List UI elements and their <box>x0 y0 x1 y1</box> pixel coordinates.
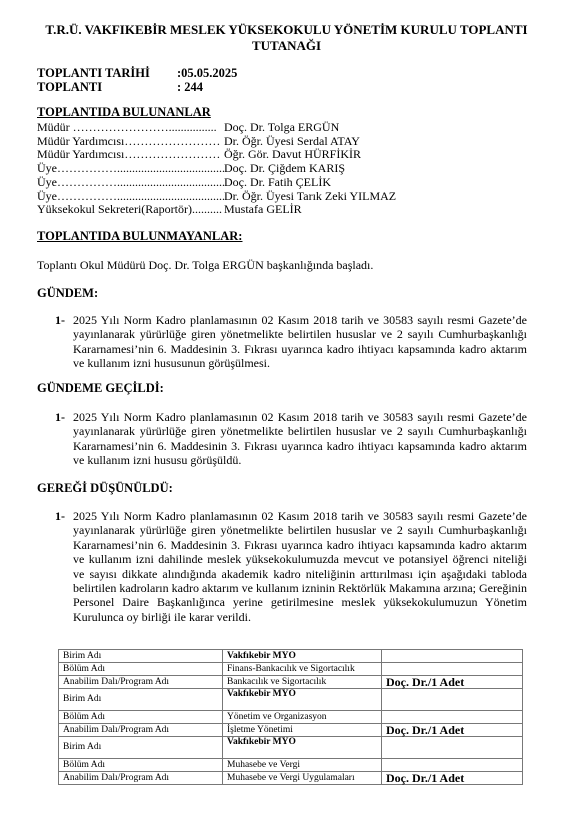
table-row: Anabilim Dalı/Program AdıMuhasebe ve Ver… <box>59 772 523 785</box>
attendee-role: Üye……………................................… <box>37 190 224 204</box>
row-position-cell <box>382 711 523 724</box>
agenda-item: 1- 2025 Yılı Norm Kadro planlamasının 02… <box>55 313 527 371</box>
table-row: Bölüm AdıMuhasebe ve Vergi <box>59 759 523 772</box>
table-row: Bölüm AdıFinans-Bankacılık ve Sigortacıl… <box>59 663 523 676</box>
row-position-cell <box>382 650 523 663</box>
row-label-cell: Bölüm Adı <box>59 711 223 724</box>
row-label-cell: Birim Adı <box>59 737 223 759</box>
decision-heading: GEREĞİ DÜŞÜNÜLDÜ: <box>37 481 173 496</box>
agenda-heading: GÜNDEM: <box>37 286 98 301</box>
attendee-name: Dr. Öğr. Üyesi Tarık Zeki YILMAZ <box>224 190 396 204</box>
row-value-cell: İşletme Yönetimi <box>223 724 382 737</box>
document-title: T.R.Ü. VAKFIKEBİR MESLEK YÜKSEKOKULU YÖN… <box>20 22 553 54</box>
attendee-row: Müdür ……………………................Doç. Dr. T… <box>37 121 396 135</box>
row-value-cell: Bankacılık ve Sigortacılık <box>223 676 382 689</box>
table-row: Anabilim Dalı/Program AdıBankacılık ve S… <box>59 676 523 689</box>
attendee-row: Yüksekokul Sekreteri(Raportör)..........… <box>37 203 396 217</box>
absent-heading: TOPLANTIDA BULUNMAYANLAR: <box>37 229 242 244</box>
attendees-list: Müdür ……………………................Doç. Dr. T… <box>37 121 396 217</box>
attendee-role: Müdür ……………………................ <box>37 121 224 135</box>
attendee-name: Doç. Dr. Fatih ÇELİK <box>224 176 331 190</box>
table-row: Anabilim Dalı/Program Adıİşletme Yönetim… <box>59 724 523 737</box>
decision-item: 1- 2025 Yılı Norm Kadro planlamasının 02… <box>55 509 527 624</box>
row-value-cell: Muhasebe ve Vergi Uygulamaları <box>223 772 382 785</box>
row-label-cell: Anabilim Dalı/Program Adı <box>59 772 223 785</box>
meeting-number-row: TOPLANTI : 244 <box>37 80 237 94</box>
row-value-cell: Finans-Bankacılık ve Sigortacılık <box>223 663 382 676</box>
table-row: Bölüm AdıYönetim ve Organizasyon <box>59 711 523 724</box>
staff-transfer-table: Birim AdıVakfıkebir MYOBölüm AdıFinans-B… <box>58 649 523 785</box>
row-label-cell: Anabilim Dalı/Program Adı <box>59 724 223 737</box>
row-label-cell: Bölüm Adı <box>59 759 223 772</box>
row-label-cell: Birim Adı <box>59 650 223 663</box>
attendee-role: Üye……………................................… <box>37 162 224 176</box>
attendee-role: Müdür Yardımcısı…………………… <box>37 148 224 162</box>
attendee-name: Doç. Dr. Çiğdem KARIŞ <box>224 162 345 176</box>
row-position-cell <box>382 737 523 759</box>
attendee-role: Üye……………................................… <box>37 176 224 190</box>
attendee-role: Yüksekokul Sekreteri(Raportör).......... <box>37 203 224 217</box>
attendee-name: Dr. Öğr. Üyesi Serdal ATAY <box>224 135 360 149</box>
attendee-row: Müdür Yardımcısı……………………Dr. Öğr. Üyesi S… <box>37 135 396 149</box>
opening-statement: Toplantı Okul Müdürü Doç. Dr. Tolga ERGÜ… <box>37 258 373 273</box>
agenda-passed-heading: GÜNDEME GEÇİLDİ: <box>37 381 164 396</box>
attendee-row: Üye……………................................… <box>37 176 396 190</box>
attendee-role: Müdür Yardımcısı…………………… <box>37 135 224 149</box>
attendees-heading: TOPLANTIDA BULUNANLAR <box>37 105 211 120</box>
attendee-row: Üye……………................................… <box>37 190 396 204</box>
row-value-cell: Vakfıkebir MYO <box>223 650 382 663</box>
meeting-date-value: :05.05.2025 <box>177 66 237 80</box>
agenda-item-text: 2025 Yılı Norm Kadro planlamasının 02 Ka… <box>73 313 527 371</box>
table-row: Birim AdıVakfıkebir MYO <box>59 737 523 759</box>
meeting-number-value: : 244 <box>177 80 203 94</box>
meeting-number-label: TOPLANTI <box>37 80 177 94</box>
table-row: Birim AdıVakfıkebir MYO <box>59 650 523 663</box>
row-position-cell: Doç. Dr./1 Adet <box>382 676 523 689</box>
title-line-2: TUTANAĞI <box>20 38 553 54</box>
decision-item-number: 1- <box>55 509 73 624</box>
row-value-cell: Vakfıkebir MYO <box>223 737 382 759</box>
row-position-cell: Doç. Dr./1 Adet <box>382 724 523 737</box>
row-position-cell: Doç. Dr./1 Adet <box>382 772 523 785</box>
row-label-cell: Anabilim Dalı/Program Adı <box>59 676 223 689</box>
agenda-item-number: 1- <box>55 313 73 371</box>
attendee-row: Müdür Yardımcısı……………………Öğr. Gör. Davut … <box>37 148 396 162</box>
row-label-cell: Bölüm Adı <box>59 663 223 676</box>
agenda-passed-item-number: 1- <box>55 410 73 468</box>
row-position-cell <box>382 689 523 711</box>
row-label-cell: Birim Adı <box>59 689 223 711</box>
meeting-date-row: TOPLANTI TARİHİ :05.05.2025 <box>37 66 237 80</box>
row-value-cell: Yönetim ve Organizasyon <box>223 711 382 724</box>
attendee-name: Doç. Dr. Tolga ERGÜN <box>224 121 339 135</box>
decision-item-text: 2025 Yılı Norm Kadro planlamasının 02 Ka… <box>73 509 527 624</box>
table-row: Birim AdıVakfıkebir MYO <box>59 689 523 711</box>
attendee-row: Üye……………................................… <box>37 162 396 176</box>
row-value-cell: Muhasebe ve Vergi <box>223 759 382 772</box>
attendee-name: Mustafa GELİR <box>224 203 302 217</box>
meeting-meta: TOPLANTI TARİHİ :05.05.2025 TOPLANTI : 2… <box>37 66 237 94</box>
title-line-1: T.R.Ü. VAKFIKEBİR MESLEK YÜKSEKOKULU YÖN… <box>20 22 553 38</box>
meeting-date-label: TOPLANTI TARİHİ <box>37 66 177 80</box>
agenda-passed-item-text: 2025 Yılı Norm Kadro planlamasının 02 Ka… <box>73 410 527 468</box>
attendee-name: Öğr. Gör. Davut HÜRFİKİR <box>224 148 361 162</box>
agenda-passed-item: 1- 2025 Yılı Norm Kadro planlamasının 02… <box>55 410 527 468</box>
row-position-cell <box>382 663 523 676</box>
row-value-cell: Vakfıkebir MYO <box>223 689 382 711</box>
row-position-cell <box>382 759 523 772</box>
